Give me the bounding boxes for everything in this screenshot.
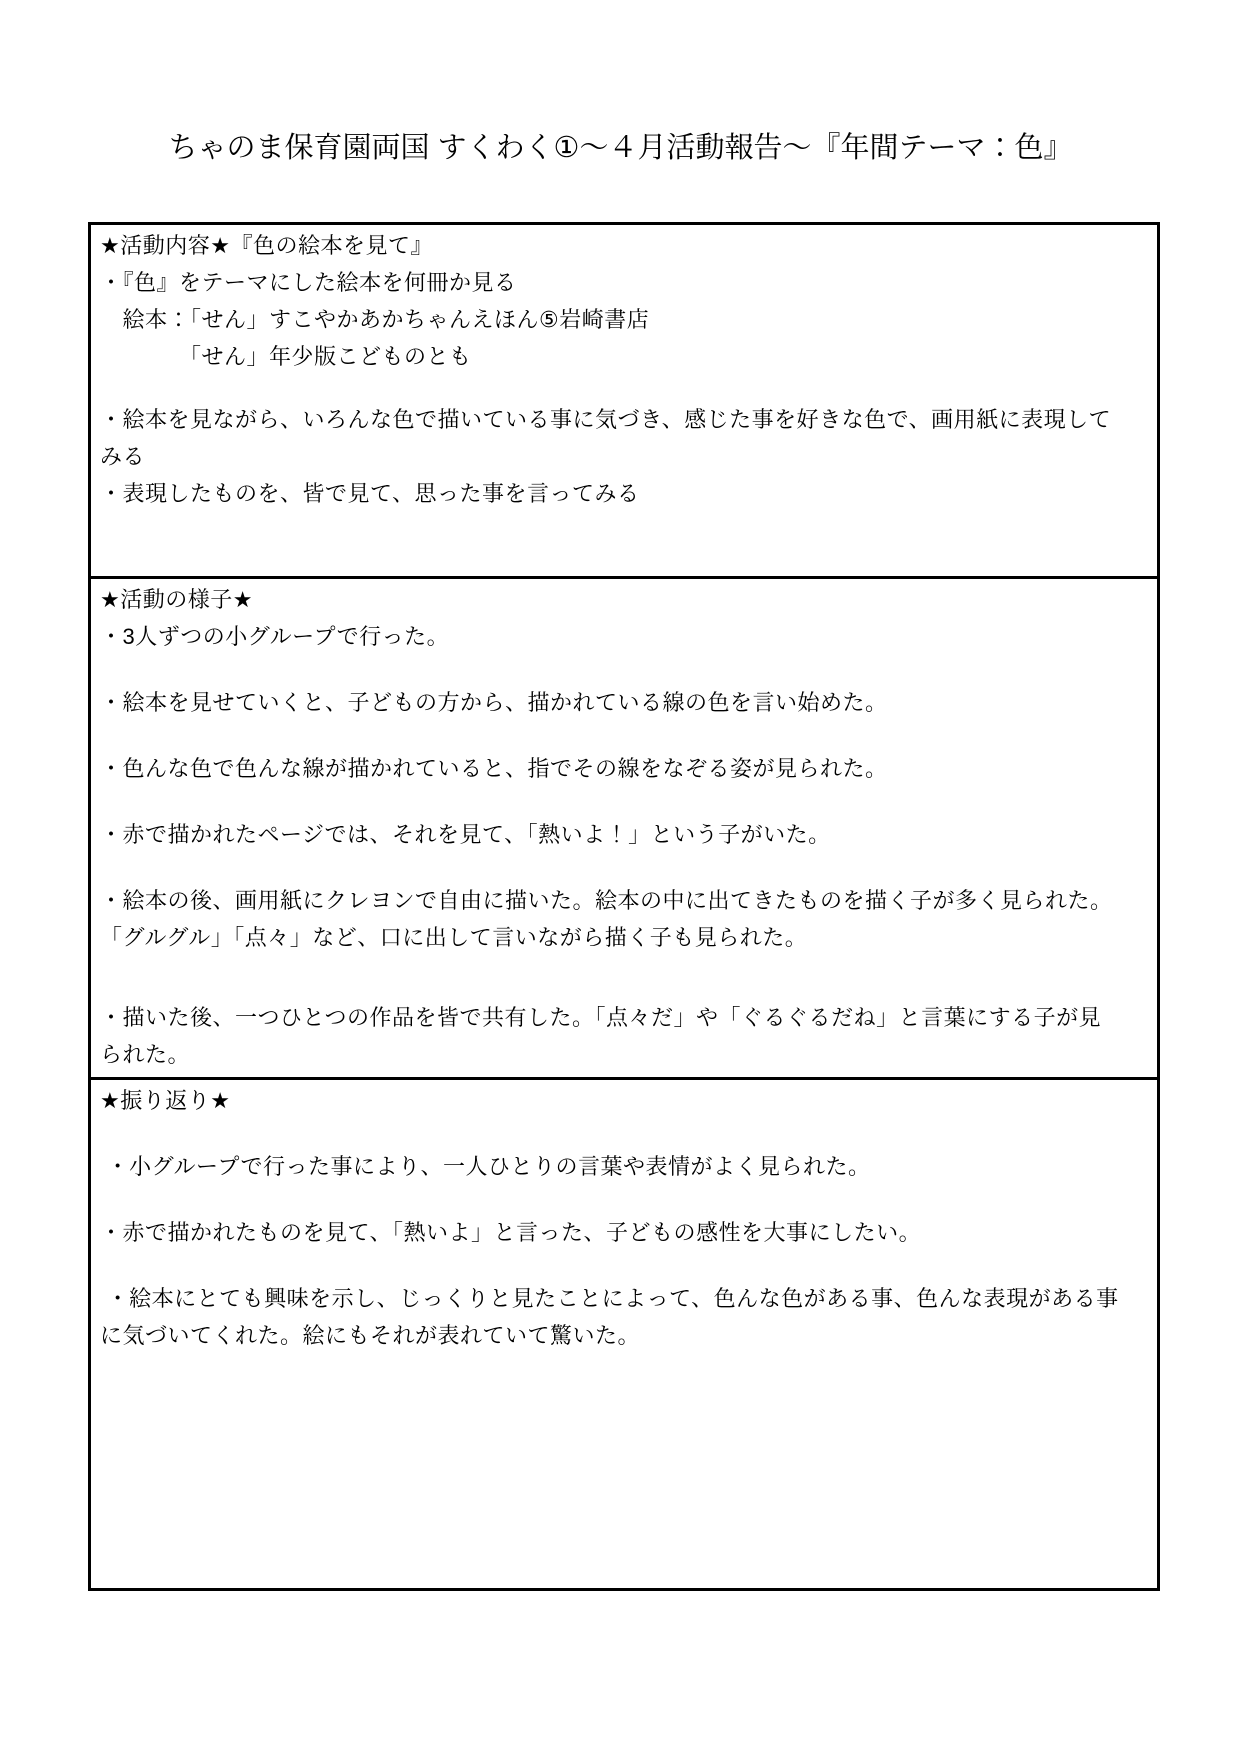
text-line: ・絵本を見せていくと、子どもの方から、描かれている線の色を言い始めた。 [100,684,1148,721]
section-activity-observations: ★活動の様子★ ・3人ずつの小グループで行った。 ・絵本を見せていくと、子どもの… [91,579,1157,1080]
section-activity-content-heading: ★活動内容★『色の絵本を見て』 [100,227,1148,264]
text-line: ・『色』をテーマにした絵本を何冊か見る [100,264,1148,301]
text-line: ・描いた後、一つひとつの作品を皆で共有した。「点々だ」や「ぐるぐるだね」と言葉に… [100,999,1148,1036]
text-line: ・3人ずつの小グループで行った。 [100,618,1148,655]
page-title: ちゃのま保育園両国 すくわく①〜４月活動報告〜『年間テーマ：色』 [0,0,1241,170]
text-line: に気づいてくれた。絵にもそれが表れていて驚いた。 [100,1317,1148,1354]
section-activity-observations-heading: ★活動の様子★ [100,581,1148,618]
text-line: ・小グループで行った事により、一人ひとりの言葉や表情がよく見られた。 [100,1148,1148,1185]
text-line: ・表現したものを、皆で見て、思った事を言ってみる [100,475,1148,512]
text-line: 「グルグル」「点々」など、口に出して言いながら描く子も見られた。 [100,919,1148,956]
text-line: ・絵本にとても興味を示し、じっくりと見たことによって、色んな色がある事、色んな表… [100,1280,1148,1317]
text-line: ・赤で描かれたページでは、それを見て、「熱いよ！」という子がいた。 [100,816,1148,853]
report-table: ★活動内容★『色の絵本を見て』 ・『色』をテーマにした絵本を何冊か見る 絵本：「… [88,222,1160,1591]
text-line: みる [100,438,1148,475]
text-line: ・絵本を見ながら、いろんな色で描いている事に気づき、感じた事を好きな色で、画用紙… [100,401,1148,438]
text-line: ・赤で描かれたものを見て、「熱いよ」と言った、子どもの感性を大事にしたい。 [100,1214,1148,1251]
text-line: ・絵本の後、画用紙にクレヨンで自由に描いた。絵本の中に出てきたものを描く子が多く… [100,882,1148,919]
text-line: ・色んな色で色んな線が描かれていると、指でその線をなぞる姿が見られた。 [100,750,1148,787]
section-reflection: ★振り返り★ ・小グループで行った事により、一人ひとりの言葉や表情がよく見られた… [91,1080,1157,1588]
text-line: 絵本：「せん」すこやかあかちゃんえほん⑤岩崎書店 [100,301,1148,338]
section-reflection-heading: ★振り返り★ [100,1082,1148,1119]
text-line: られた。 [100,1036,1148,1073]
text-line: 「せん」年少版こどものとも [100,338,1148,375]
section-activity-content: ★活動内容★『色の絵本を見て』 ・『色』をテーマにした絵本を何冊か見る 絵本：「… [91,225,1157,579]
